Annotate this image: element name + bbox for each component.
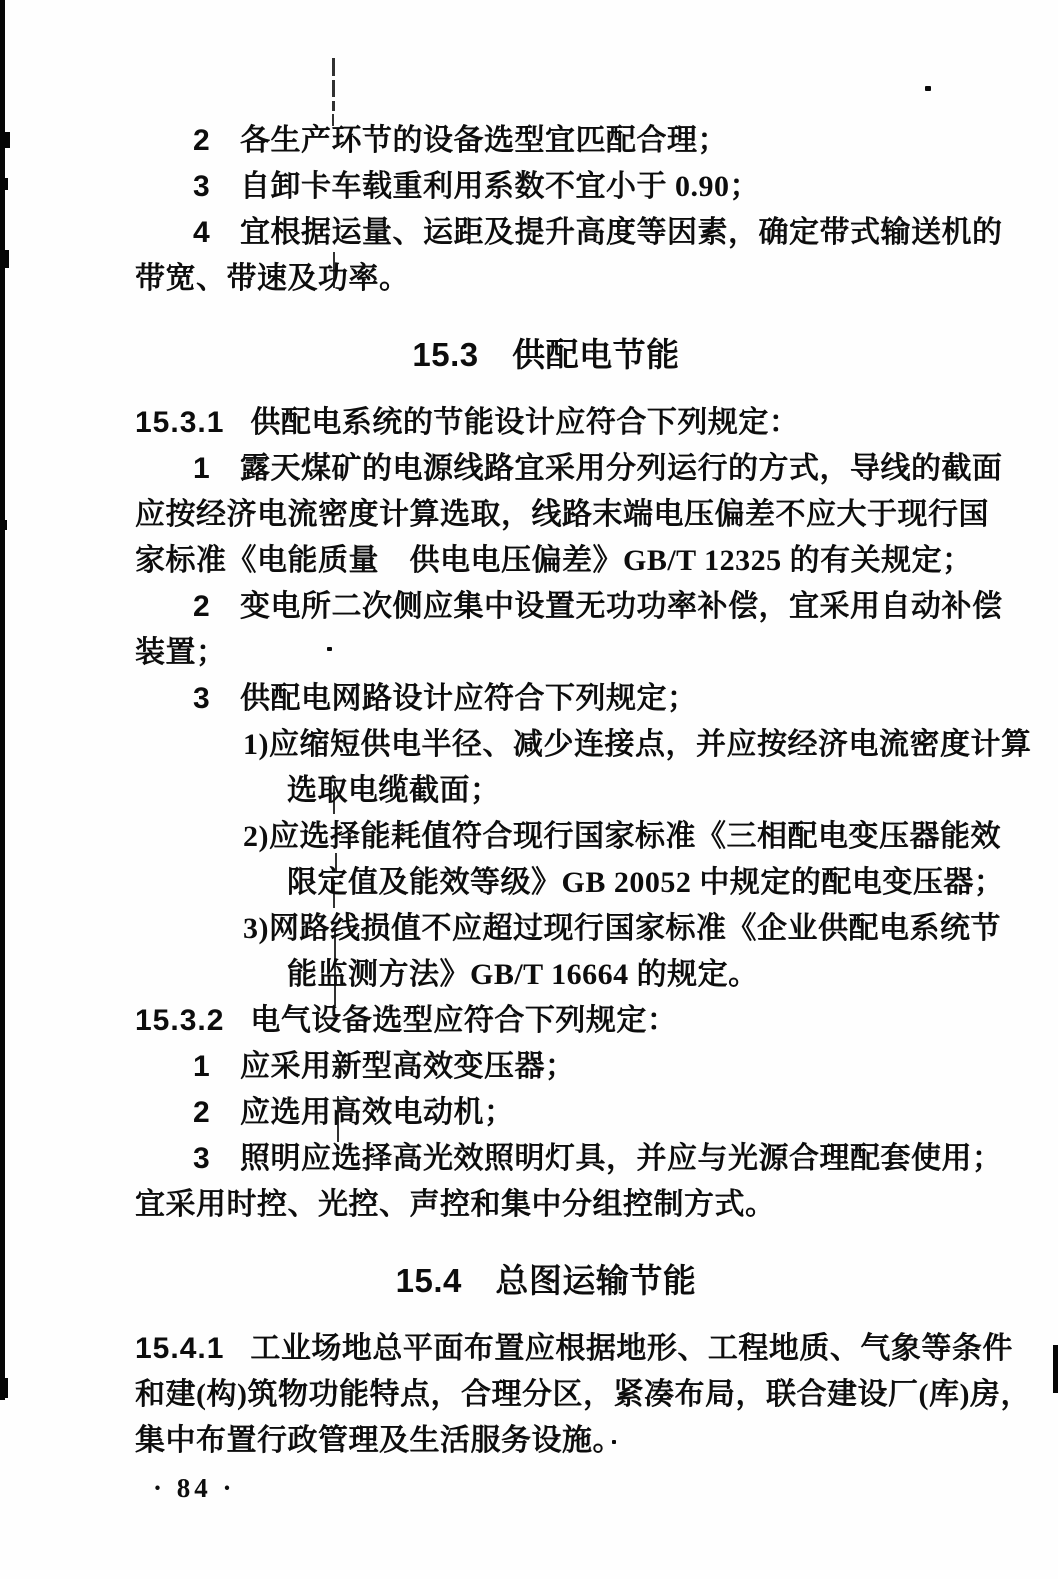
clause-number: 15.3.1 <box>135 400 224 446</box>
line-text: 和建(构)筑物功能特点，合理分区，紧凑布局，联合建设厂(库)房， <box>135 1378 1031 1411</box>
line-text: 宜根据运量、运距及提升高度等因素，确定带式输送机的 <box>240 216 1003 249</box>
scan-fold-dash <box>332 101 335 111</box>
line-text: 应选用高效电动机； <box>240 1096 515 1129</box>
clause-line: 15.4.1工业场地总平面布置应根据地形、工程地质、气象等条件 <box>135 1326 957 1372</box>
scan-edge-mark <box>0 1378 8 1398</box>
clause-number: 3 <box>193 676 240 722</box>
clause-number: 15.4.1 <box>135 1326 224 1372</box>
text-line: 1应采用新型高效变压器； <box>135 1044 957 1090</box>
line-text: 家标准《电能质量 供电电压偏差》GB/T 12325 的有关规定； <box>135 544 973 577</box>
clause-number: 3 <box>193 1136 240 1182</box>
line-text: 装置； <box>135 636 227 669</box>
scan-right-edge-mark <box>1053 1345 1058 1393</box>
text-line: 集中布置行政管理及生活服务设施。 <box>135 1418 957 1464</box>
text-line: 2变电所二次侧应集中设置无功功率补偿，宜采用自动补偿 <box>135 584 957 630</box>
text-line: 能监测方法》GB/T 16664 的规定。 <box>135 952 957 998</box>
clause-number: 4 <box>193 210 240 256</box>
line-text: 15.3 供配电节能 <box>412 336 679 373</box>
text-line: 和建(构)筑物功能特点，合理分区，紧凑布局，联合建设厂(库)房， <box>135 1372 957 1418</box>
text-line: 限定值及能效等级》GB 20052 中规定的配电变压器； <box>135 860 957 906</box>
section-heading: 15.4 总图运输节能 <box>135 1258 957 1304</box>
clause-line: 15.3.1供配电系统的节能设计应符合下列规定： <box>135 400 957 446</box>
scan-edge-mark <box>0 132 10 148</box>
section-heading: 15.3 供配电节能 <box>135 332 957 378</box>
text-line: 1)应缩短供电半径、减少连接点，并应按经济电流密度计算 <box>135 722 957 768</box>
clause-number: 1 <box>193 446 240 492</box>
line-text: 照明应选择高光效照明灯具，并应与光源合理配套使用； <box>240 1142 1003 1175</box>
text-line: 装置； <box>135 630 957 676</box>
line-text: 能监测方法》GB/T 16664 的规定。 <box>287 958 759 991</box>
text-line: 1露天煤矿的电源线路宜采用分列运行的方式，导线的截面 <box>135 446 957 492</box>
scan-left-edge-strip <box>0 0 5 1400</box>
line-text: 集中布置行政管理及生活服务设施。 <box>135 1424 623 1457</box>
line-text: 1)应缩短供电半径、减少连接点，并应按经济电流密度计算 <box>243 728 1032 761</box>
scan-edge-mark <box>0 520 7 530</box>
clause-line: 15.3.2电气设备选型应符合下列规定： <box>135 998 957 1044</box>
line-text: 电气设备选型应符合下列规定： <box>250 1004 677 1037</box>
scan-edge-mark <box>0 250 9 268</box>
line-text: 应采用新型高效变压器； <box>240 1050 576 1083</box>
scan-fold-dash <box>332 80 335 97</box>
line-text: 宜采用时控、光控、声控和集中分组控制方式。 <box>135 1188 776 1221</box>
text-column: 2各生产环节的设备选型宜匹配合理；3自卸卡车载重利用系数不宜小于 0.90；4宜… <box>135 118 957 1502</box>
line-text: 自卸卡车载重利用系数不宜小于 0.90； <box>240 170 760 203</box>
text-line: 3自卸卡车载重利用系数不宜小于 0.90； <box>135 164 957 210</box>
clause-number: 2 <box>193 584 240 630</box>
line-text: 3)网路线损值不应超过现行国家标准《企业供配电系统节 <box>243 912 1001 945</box>
line-text: 15.4 总图运输节能 <box>396 1262 697 1299</box>
clause-number: 1 <box>193 1044 240 1090</box>
ink-speck <box>925 86 931 91</box>
line-text: 露天煤矿的电源线路宜采用分列运行的方式，导线的截面 <box>240 452 1003 485</box>
line-text: 应按经济电流密度计算选取，线路末端电压偏差不应大于现行国 <box>135 498 989 531</box>
text-line: 3)网路线损值不应超过现行国家标准《企业供配电系统节 <box>135 906 957 952</box>
text-line: 家标准《电能质量 供电电压偏差》GB/T 12325 的有关规定； <box>135 538 957 584</box>
text-line: 宜采用时控、光控、声控和集中分组控制方式。 <box>135 1182 957 1228</box>
text-line: 2应选用高效电动机； <box>135 1090 957 1136</box>
page-number: · 84 · <box>135 1474 957 1502</box>
scan-fold-dash <box>332 58 335 76</box>
line-text: 选取电缆截面； <box>287 774 501 807</box>
text-line: 应按经济电流密度计算选取，线路末端电压偏差不应大于现行国 <box>135 492 957 538</box>
line-text: 各生产环节的设备选型宜匹配合理； <box>240 124 728 157</box>
text-line: 4宜根据运量、运距及提升高度等因素，确定带式输送机的 <box>135 210 957 256</box>
text-line: 2各生产环节的设备选型宜匹配合理； <box>135 118 957 164</box>
clause-number: 15.3.2 <box>135 998 224 1044</box>
text-line: 选取电缆截面； <box>135 768 957 814</box>
document-page: 2各生产环节的设备选型宜匹配合理；3自卸卡车载重利用系数不宜小于 0.90；4宜… <box>0 0 1058 1579</box>
line-text: 供配电系统的节能设计应符合下列规定： <box>250 406 799 439</box>
line-text: 工业场地总平面布置应根据地形、工程地质、气象等条件 <box>250 1332 1013 1365</box>
text-line: 3供配电网路设计应符合下列规定； <box>135 676 957 722</box>
line-text: 带宽、带速及功率。 <box>135 262 410 295</box>
line-text: 供配电网路设计应符合下列规定； <box>240 682 698 715</box>
text-line: 带宽、带速及功率。 <box>135 256 957 302</box>
text-line: 2)应选择能耗值符合现行国家标准《三相配电变压器能效 <box>135 814 957 860</box>
text-line: 3照明应选择高光效照明灯具，并应与光源合理配套使用； <box>135 1136 957 1182</box>
scan-edge-mark <box>0 178 8 190</box>
line-text: 变电所二次侧应集中设置无功功率补偿，宜采用自动补偿 <box>240 590 1003 623</box>
clause-number: 2 <box>193 118 240 164</box>
clause-number: 3 <box>193 164 240 210</box>
clause-number: 2 <box>193 1090 240 1136</box>
line-text: 2)应选择能耗值符合现行国家标准《三相配电变压器能效 <box>243 820 1001 853</box>
line-text: 限定值及能效等级》GB 20052 中规定的配电变压器； <box>287 866 1004 899</box>
